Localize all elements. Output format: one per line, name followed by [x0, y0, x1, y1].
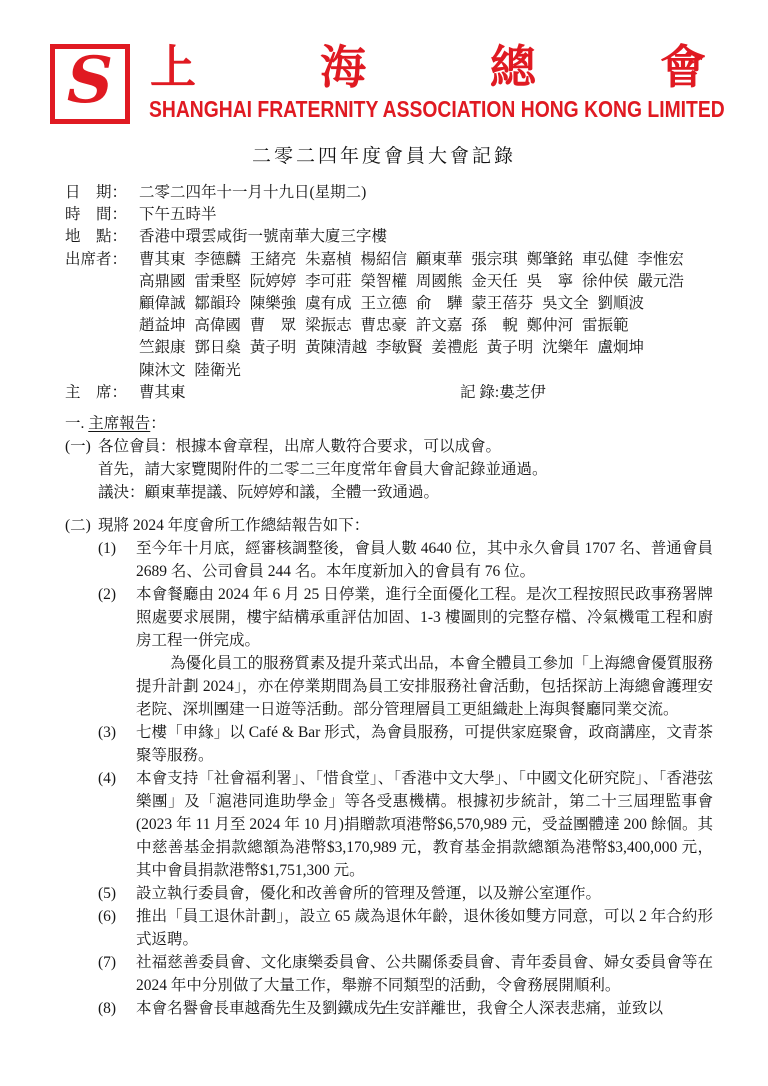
point-paragraph: 為優化員工的服務質素及提升菜式出品，本會全體員工參加「上海總會優質服務提升計劃 … — [136, 652, 713, 721]
attendee-line: 高鼎國 雷秉堅 阮婷婷 李可莊 榮智權 周國熊 金天任 吳 寧 徐仲侯 嚴元浩 — [139, 271, 713, 293]
report-point: (1) 至今年十月底，經審核調整後，會員人數 4640 位，其中永久會員 170… — [98, 537, 713, 583]
org-name-zh-char: 總 — [490, 44, 536, 92]
document-page: S 上 海 總 會 SHANGHAI FRATERNITY ASSOCIATIO… — [0, 0, 768, 1086]
item-b-intro: 現將 2024 年度會所工作總結報告如下： — [98, 514, 713, 537]
report-item-a: (一) 各位會員：根據本會章程，出席人數符合要求，可以成會。 首先，請大家覽閱附… — [65, 435, 713, 504]
chair-row: 主 席： 曹其東 記 錄:婁芝伊 — [65, 382, 713, 404]
point-number: (4) — [98, 767, 136, 882]
recorder-label: 記 錄: — [460, 384, 499, 401]
item-a-text: 各位會員：根據本會章程，出席人數符合要求，可以成會。 首先，請大家覽閱附件的二零… — [98, 435, 713, 504]
point-paragraph: 七樓「申緣」以 Café & Bar 形式，為會員服務，可提供家庭聚會，政商講座… — [136, 721, 713, 767]
venue-row: 地 點： 香港中環雲咸街一號南華大廈三字樓 — [65, 226, 713, 248]
attendees-row: 出席者： 曹其東 李德麟 王緒亮 朱嘉楨 楊紹信 顧東華 張宗琪 鄭肇銘 車弘健… — [65, 249, 713, 382]
org-name-chinese: 上 海 總 會 — [150, 44, 706, 92]
report-body: 一. 主席報告： (一) 各位會員：根據本會章程，出席人數符合要求，可以成會。 … — [65, 412, 713, 1020]
report-point: (7) 社福慈善委員會、文化康樂委員會、公共關係委員會、青年委員會、婦女委員會等… — [98, 951, 713, 997]
attendees-list: 曹其東 李德麟 王緒亮 朱嘉楨 楊紹信 顧東華 張宗琪 鄭肇銘 車弘健 李惟宏 … — [139, 249, 713, 382]
section-title: 主席報告 — [88, 415, 150, 432]
report-point: (5) 設立執行委員會，優化和改善會所的管理及營運，以及辦公室運作。 — [98, 882, 713, 905]
date-value: 二零二四年十一月十九日(星期二) — [139, 182, 366, 204]
recorder-value: 婁芝伊 — [499, 384, 546, 401]
org-name-zh-char: 上 — [150, 44, 196, 92]
point-text: 本會餐廳由 2024 年 6 月 25 日停業，進行全面優化工程。是次工程按照民… — [136, 583, 713, 721]
point-paragraph: 社福慈善委員會、文化康樂委員會、公共關係委員會、青年委員會、婦女委員會等在 20… — [136, 951, 713, 997]
report-point: (6) 推出「員工退休計劃」，設立 65 歲為退休年齡，退休後如雙方同意，可以 … — [98, 905, 713, 951]
page-number: 1 — [0, 1003, 768, 1018]
point-paragraph: 設立執行委員會，優化和改善會所的管理及營運，以及辦公室運作。 — [136, 882, 713, 905]
point-number: (3) — [98, 721, 136, 767]
point-number: (1) — [98, 537, 136, 583]
attendee-line: 顧偉誠 鄒韻玲 陳樂強 虞有成 王立德 俞 驊 蒙王蓓芬 吳文全 劉順波 — [139, 293, 713, 315]
report-item-b: (二) 現將 2024 年度會所工作總結報告如下： — [65, 514, 713, 537]
point-paragraph: 本會餐廳由 2024 年 6 月 25 日停業，進行全面優化工程。是次工程按照民… — [136, 583, 713, 652]
attendee-line: 曹其東 李德麟 王緒亮 朱嘉楨 楊紹信 顧東華 張宗琪 鄭肇銘 車弘健 李惟宏 — [139, 249, 713, 271]
meeting-meta: 日 期： 二零二四年十一月十九日(星期二) 時 間： 下午五時半 地 點： 香港… — [65, 182, 713, 404]
point-text: 推出「員工退休計劃」，設立 65 歲為退休年齡，退休後如雙方同意，可以 2 年合… — [136, 905, 713, 951]
spacer — [65, 504, 713, 514]
report-points: (1) 至今年十月底，經審核調整後，會員人數 4640 位，其中永久會員 170… — [98, 537, 713, 1020]
point-paragraph: 至今年十月底，經審核調整後，會員人數 4640 位，其中永久會員 1707 名、… — [136, 537, 713, 583]
chair-label: 主 席： — [65, 382, 139, 404]
point-number: (5) — [98, 882, 136, 905]
point-number: (2) — [98, 583, 136, 721]
venue-label: 地 點： — [65, 226, 139, 248]
attendee-line: 竺銀康 鄧日燊 黃子明 黃陳清越 李敏賢 姜禮彪 黃子明 沈樂年 盧炯坤 — [139, 337, 713, 359]
report-point: (3) 七樓「申緣」以 Café & Bar 形式，為會員服務，可提供家庭聚會，… — [98, 721, 713, 767]
point-number: (6) — [98, 905, 136, 951]
attendee-line: 陳沐文 陸衛光 — [139, 360, 713, 382]
time-value: 下午五時半 — [139, 204, 217, 226]
item-number: (一) — [65, 435, 98, 504]
document-title: 二零二四年度會員大會記錄 — [0, 141, 768, 168]
chair-value: 曹其東 — [139, 382, 186, 404]
org-name-english: SHANGHAI FRATERNITY ASSOCIATION HONG KON… — [149, 96, 725, 123]
section-number: 一. — [65, 415, 88, 432]
report-point: (2) 本會餐廳由 2024 年 6 月 25 日停業，進行全面優化工程。是次工… — [98, 583, 713, 721]
recorder: 記 錄:婁芝伊 — [460, 382, 546, 404]
point-text: 設立執行委員會，優化和改善會所的管理及營運，以及辦公室運作。 — [136, 882, 713, 905]
point-number: (7) — [98, 951, 136, 997]
time-label: 時 間： — [65, 204, 139, 226]
org-name-zh-char: 海 — [320, 44, 366, 92]
point-text: 社福慈善委員會、文化康樂委員會、公共關係委員會、青年委員會、婦女委員會等在 20… — [136, 951, 713, 997]
report-point: (4) 本會支持「社會福利署」、「惜食堂」、「香港中文大學」、「中國文化研究院」… — [98, 767, 713, 882]
item-a-line: 議決：顧東華提議、阮婷婷和議，全體一致通過。 — [98, 481, 713, 504]
item-a-line: 首先，請大家覽閱附件的二零二三年度常年會員大會記錄並通過。 — [98, 458, 713, 481]
point-text: 本會支持「社會福利署」、「惜食堂」、「香港中文大學」、「中國文化研究院」、「香港… — [136, 767, 713, 882]
item-a-line: 各位會員：根據本會章程，出席人數符合要求，可以成會。 — [98, 435, 713, 458]
date-label: 日 期： — [65, 182, 139, 204]
point-paragraph: 推出「員工退休計劃」，設立 65 歲為退休年齡，退休後如雙方同意，可以 2 年合… — [136, 905, 713, 951]
point-text: 七樓「申緣」以 Café & Bar 形式，為會員服務，可提供家庭聚會，政商講座… — [136, 721, 713, 767]
attendee-line: 趙益坤 高偉國 曹 眾 梁振志 曹忠豪 許文嘉 孫 輗 鄭仲河 雷振範 — [139, 315, 713, 337]
time-row: 時 間： 下午五時半 — [65, 204, 713, 226]
org-name-zh-char: 會 — [660, 44, 706, 92]
section-heading: 一. 主席報告： — [65, 412, 713, 435]
attendees-label: 出席者： — [65, 249, 139, 382]
venue-value: 香港中環雲咸街一號南華大廈三字樓 — [139, 226, 387, 248]
point-text: 至今年十月底，經審核調整後，會員人數 4640 位，其中永久會員 1707 名、… — [136, 537, 713, 583]
point-paragraph: 本會支持「社會福利署」、「惜食堂」、「香港中文大學」、「中國文化研究院」、「香港… — [136, 767, 713, 882]
org-logo: S — [50, 44, 130, 124]
logo-s-monogram-icon: S — [67, 49, 113, 113]
section-colon: ： — [150, 415, 166, 432]
date-row: 日 期： 二零二四年十一月十九日(星期二) — [65, 182, 713, 204]
item-number: (二) — [65, 514, 98, 537]
